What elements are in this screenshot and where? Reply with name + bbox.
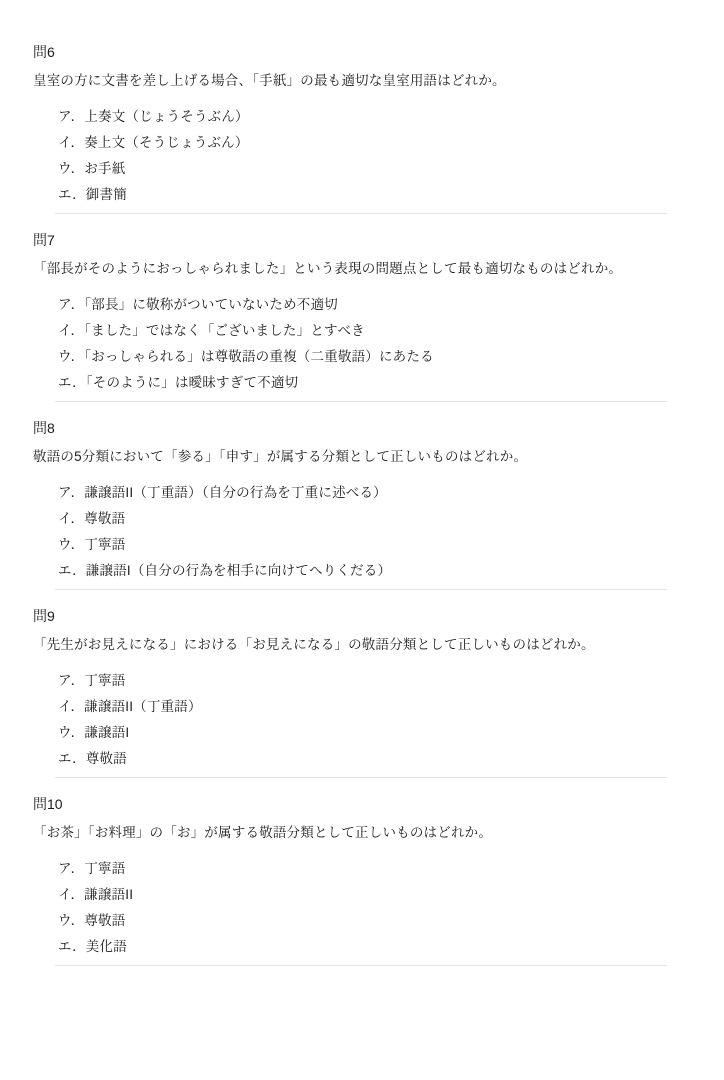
question-number: 問6 — [33, 44, 691, 61]
options-list: ア．丁寧語イ．謙譲語IIウ．尊敬語エ．美化語 — [33, 861, 691, 955]
option-item: エ．謙譲語I（自分の行為を相手に向けてへりくだる） — [58, 563, 691, 579]
question-number: 問7 — [33, 232, 691, 249]
option-item: イ．尊敬語 — [58, 511, 691, 527]
question-number: 問8 — [33, 420, 691, 437]
option-item: ウ．お手紙 — [58, 161, 691, 177]
option-item: ア．上奏文（じょうそうぶん） — [58, 109, 691, 125]
option-item: エ．御書簡 — [58, 187, 691, 203]
quiz-page: 問6 皇室の方に文書を差し上げる場合、「手紙」の最も適切な皇室用語はどれか。 ア… — [0, 0, 724, 966]
question-block: 問7 「部長がそのようにおっしゃられました」という表現の問題点として最も適切なも… — [33, 232, 691, 402]
option-item: エ．「そのように」は曖昧すぎて不適切 — [58, 375, 691, 391]
question-divider — [55, 589, 667, 590]
question-divider — [55, 401, 667, 402]
option-item: イ．「ました」ではなく「ございました」とすべき — [58, 323, 691, 339]
option-item: イ．謙譲語II（丁重語） — [58, 699, 691, 715]
option-item: ウ．丁寧語 — [58, 537, 691, 553]
question-number: 問9 — [33, 608, 691, 625]
question-text: 「部長がそのようにおっしゃられました」という表現の問題点として最も適切なものはど… — [33, 259, 691, 278]
options-list: ア．上奏文（じょうそうぶん）イ．奏上文（そうじょうぶん）ウ．お手紙エ．御書簡 — [33, 109, 691, 203]
question-number: 問10 — [33, 796, 691, 813]
question-block: 問6 皇室の方に文書を差し上げる場合、「手紙」の最も適切な皇室用語はどれか。 ア… — [33, 44, 691, 214]
options-list: ア．「部長」に敬称がついていないため不適切イ．「ました」ではなく「ございました」… — [33, 297, 691, 391]
option-item: ウ．謙譲語I — [58, 725, 691, 741]
options-list: ア．丁寧語イ．謙譲語II（丁重語）ウ．謙譲語Iエ．尊敬語 — [33, 673, 691, 767]
question-block: 問8 敬語の5分類において「参る」「申す」が属する分類として正しいものはどれか。… — [33, 420, 691, 590]
option-item: エ．美化語 — [58, 939, 691, 955]
questions-container: 問6 皇室の方に文書を差し上げる場合、「手紙」の最も適切な皇室用語はどれか。 ア… — [33, 44, 691, 966]
question-divider — [55, 777, 667, 778]
question-text: 敬語の5分類において「参る」「申す」が属する分類として正しいものはどれか。 — [33, 447, 691, 466]
option-item: ウ．「おっしゃられる」は尊敬語の重複（二重敬語）にあたる — [58, 349, 691, 365]
option-item: イ．謙譲語II — [58, 887, 691, 903]
options-list: ア．謙譲語II（丁重語）（自分の行為を丁重に述べる）イ．尊敬語ウ．丁寧語エ．謙譲… — [33, 485, 691, 579]
option-item: ア．丁寧語 — [58, 673, 691, 689]
question-block: 問10 「お茶」「お料理」の「お」が属する敬語分類として正しいものはどれか。 ア… — [33, 796, 691, 966]
option-item: ア．丁寧語 — [58, 861, 691, 877]
question-block: 問9 「先生がお見えになる」における「お見えになる」の敬語分類として正しいものは… — [33, 608, 691, 778]
question-text: 「お茶」「お料理」の「お」が属する敬語分類として正しいものはどれか。 — [33, 823, 691, 842]
option-item: ウ．尊敬語 — [58, 913, 691, 929]
option-item: イ．奏上文（そうじょうぶん） — [58, 135, 691, 151]
question-text: 「先生がお見えになる」における「お見えになる」の敬語分類として正しいものはどれか… — [33, 635, 691, 654]
question-divider — [55, 213, 667, 214]
question-divider — [55, 965, 667, 966]
question-text: 皇室の方に文書を差し上げる場合、「手紙」の最も適切な皇室用語はどれか。 — [33, 71, 691, 90]
option-item: ア．謙譲語II（丁重語）（自分の行為を丁重に述べる） — [58, 485, 691, 501]
option-item: エ．尊敬語 — [58, 751, 691, 767]
option-item: ア．「部長」に敬称がついていないため不適切 — [58, 297, 691, 313]
